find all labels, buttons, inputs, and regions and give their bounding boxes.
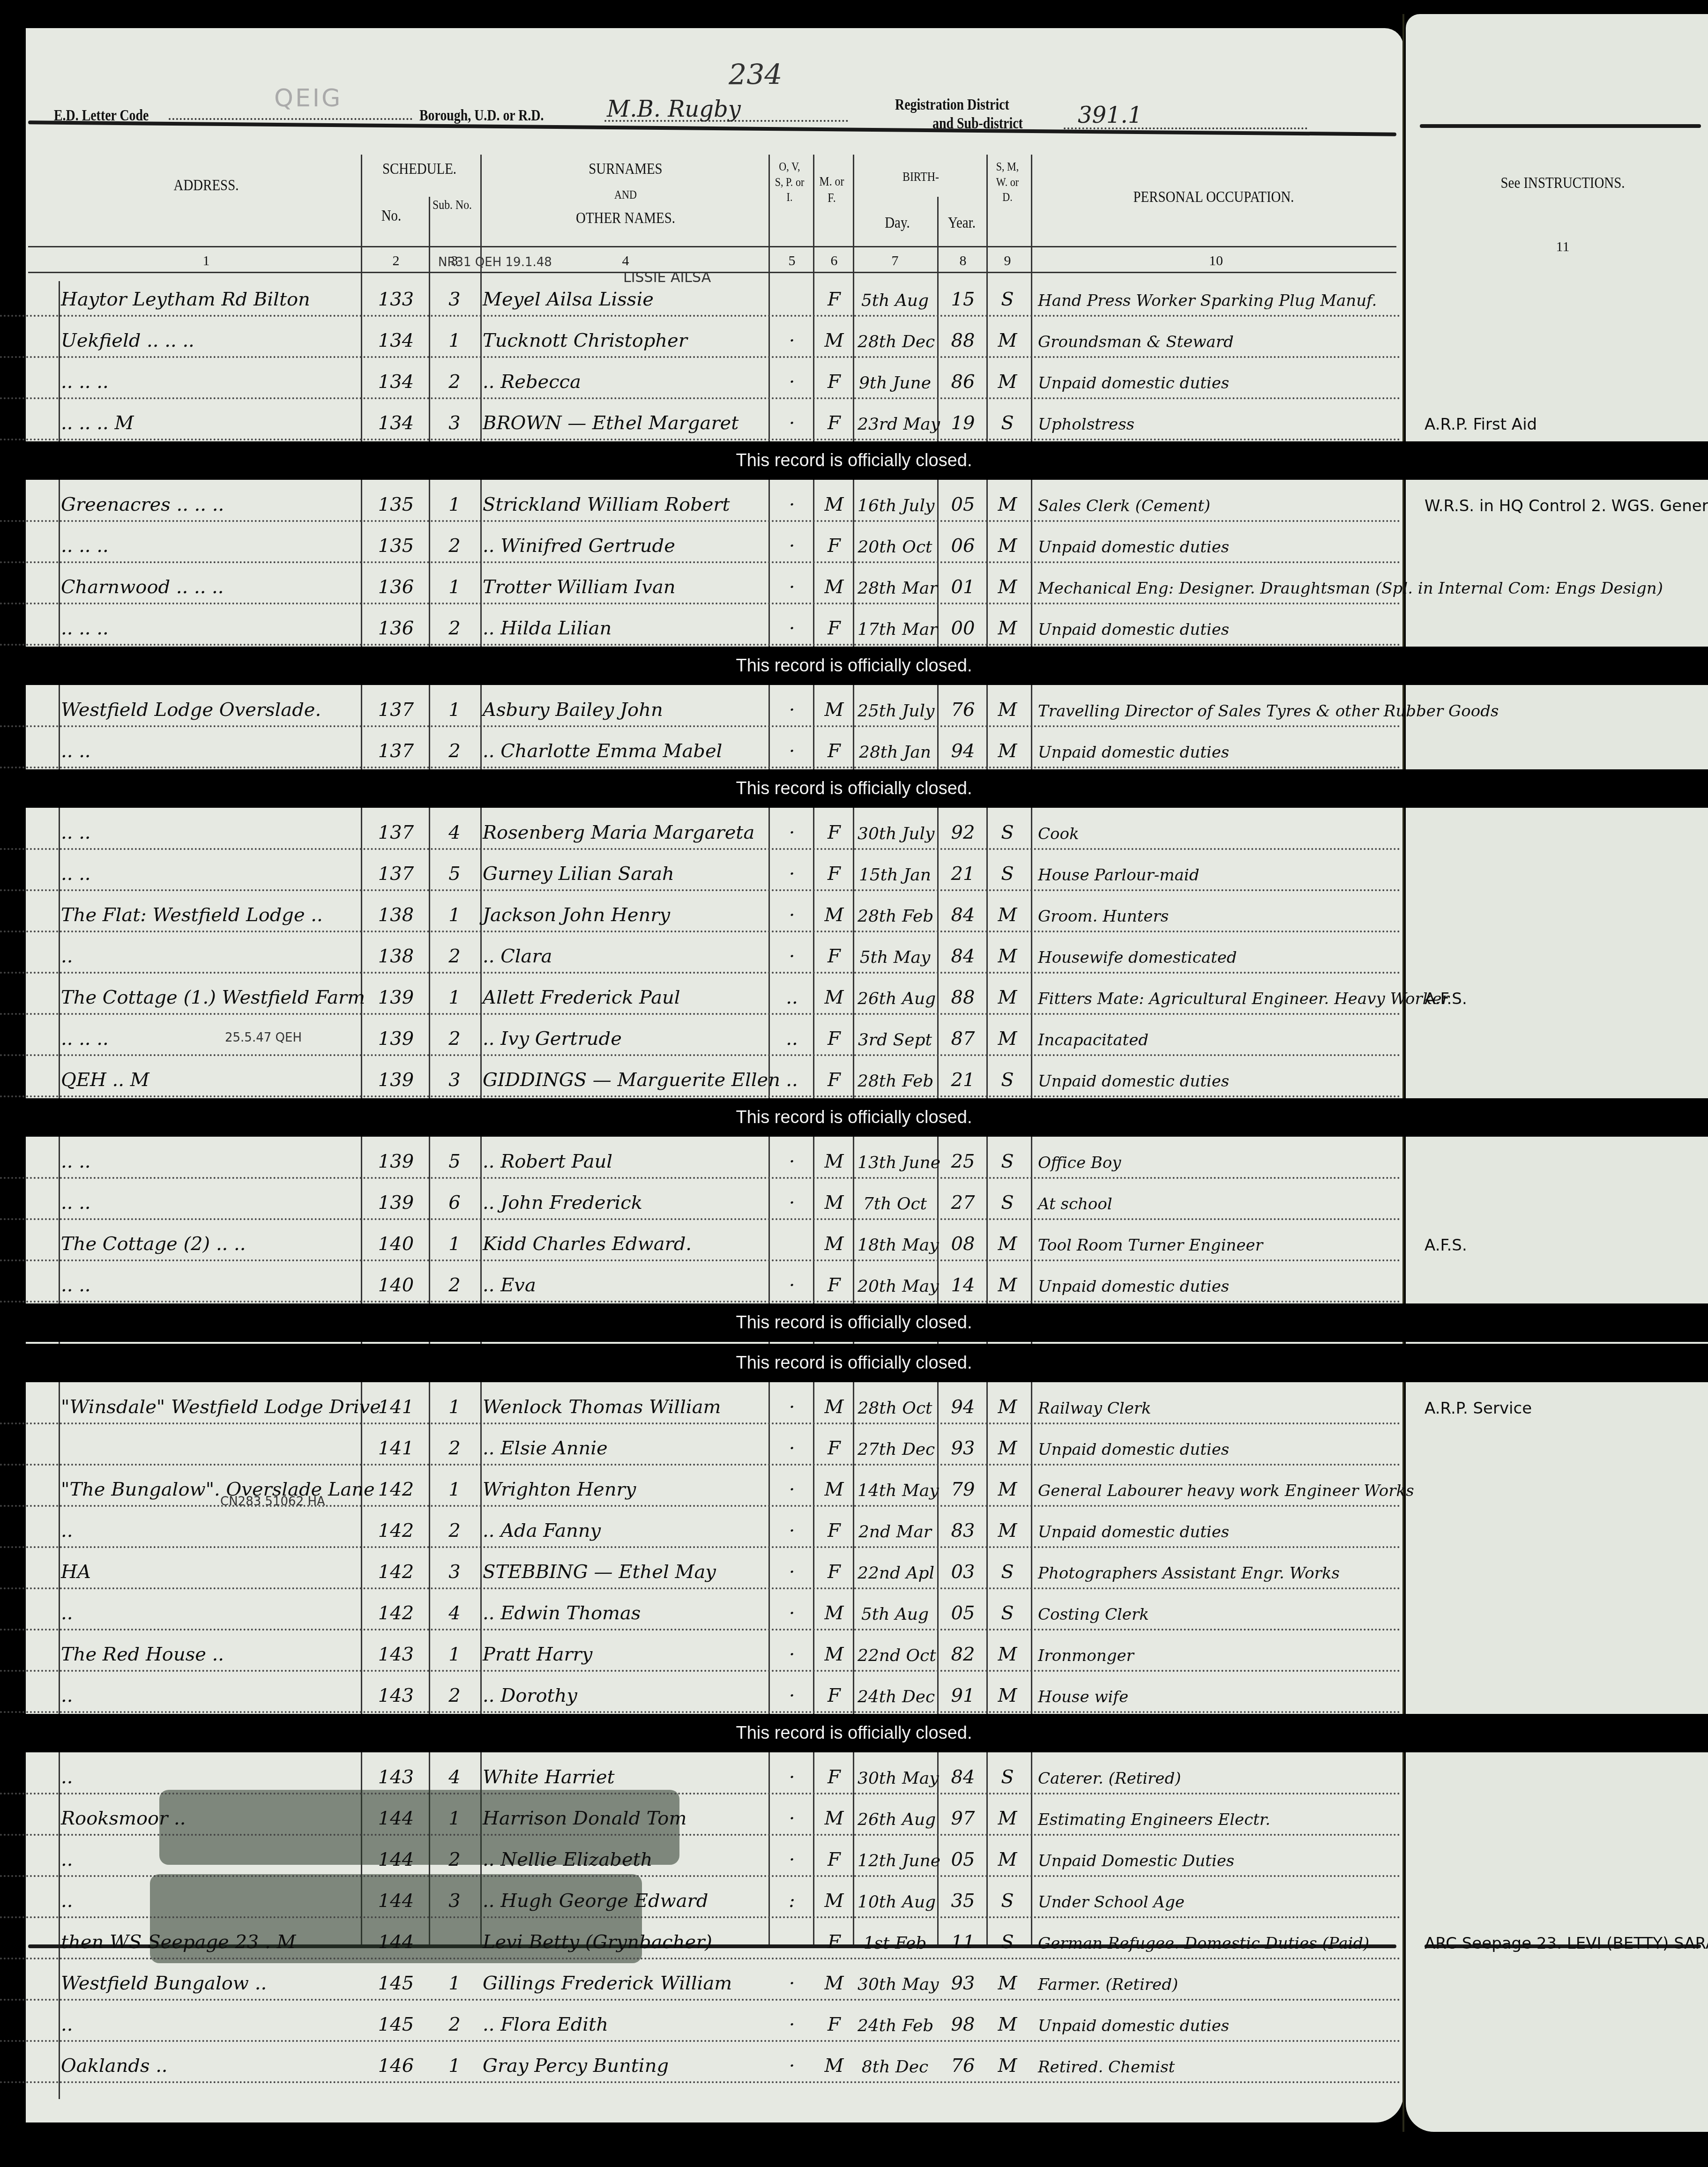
col-num-10: 10 bbox=[1038, 253, 1394, 269]
cell-occupation: Office Boy bbox=[1038, 1154, 1394, 1172]
census-row: .. ..1375Gurney Lilian Sarah·F15th Jan21… bbox=[0, 851, 1401, 891]
cell-ovspi: .. bbox=[773, 987, 811, 1008]
cell-sub: 3 bbox=[436, 1069, 473, 1091]
cell-day: 28th Oct bbox=[858, 1399, 932, 1418]
cell-year: 83 bbox=[942, 1520, 984, 1541]
cell-year: 25 bbox=[942, 1151, 984, 1172]
cell-schedule: 139 bbox=[370, 1028, 422, 1050]
cell-name: Levi Betty (Grynbacher) bbox=[483, 1931, 768, 1953]
cell-day: 16th July bbox=[858, 496, 932, 515]
col-num-2: 2 bbox=[370, 253, 422, 269]
cell-schedule: 141 bbox=[370, 1437, 422, 1459]
cell-occupation: Mechanical Eng: Designer. Draughtsman (S… bbox=[1038, 579, 1394, 598]
cell-schedule: 142 bbox=[370, 1561, 422, 1583]
cell-marital: S bbox=[991, 289, 1024, 310]
cell-occupation: Photographers Assistant Engr. Works bbox=[1038, 1564, 1394, 1583]
census-row: "Winsdale" Westfield Lodge Drive1411Wenl… bbox=[0, 1384, 1401, 1424]
cell-ovspi: · bbox=[773, 1192, 811, 1214]
cell-sub: 2 bbox=[436, 2014, 473, 2035]
cell-ovspi: · bbox=[773, 1479, 811, 1500]
census-row: .. .. ..1392.. Ivy Gertrude..F3rd Sept87… bbox=[0, 1016, 1401, 1056]
cell-sub: 1 bbox=[436, 699, 473, 721]
cell-day: 30th May bbox=[858, 1769, 932, 1788]
cell-day: 18th May bbox=[858, 1236, 932, 1255]
cell-sex: F bbox=[818, 1766, 850, 1788]
cell-name: Harrison Donald Tom bbox=[483, 1808, 768, 1829]
cell-marital: S bbox=[991, 1931, 1024, 1953]
cell-name: STEBBING — Ethel May bbox=[483, 1561, 768, 1583]
census-row: Charnwood .. .. ..1361Trotter William Iv… bbox=[0, 564, 1401, 604]
cell-day: 28th Dec bbox=[858, 332, 932, 351]
cell-sex: F bbox=[818, 740, 850, 762]
census-row: .. ..1396.. John Frederick·M7th Oct27SAt… bbox=[0, 1180, 1401, 1220]
cell-marital: M bbox=[991, 371, 1024, 393]
cell-name: .. John Frederick bbox=[483, 1192, 768, 1214]
cell-sub: 6 bbox=[436, 1192, 473, 1214]
census-row: .. .. ..1352.. Winifred Gertrude·F20th O… bbox=[0, 523, 1401, 563]
cell-name: Gillings Frederick William bbox=[483, 1973, 768, 1994]
col-birth-year: Year. bbox=[943, 213, 981, 233]
cell-schedule: 142 bbox=[370, 1520, 422, 1541]
cell-sub: 1 bbox=[436, 1233, 473, 1255]
cell-schedule: 140 bbox=[370, 1274, 422, 1296]
cell-name: .. Eva bbox=[483, 1274, 768, 1296]
cell-schedule: 139 bbox=[370, 1069, 422, 1091]
cell-sub: 4 bbox=[436, 822, 473, 843]
cell-name: BROWN — Ethel Margaret bbox=[483, 412, 768, 434]
cell-marital: S bbox=[991, 1890, 1024, 1912]
cell-address: The Flat: Westfield Lodge .. bbox=[61, 904, 351, 926]
cell-occupation: House Parlour-maid bbox=[1038, 866, 1394, 885]
book-gutter bbox=[1402, 14, 1404, 2132]
cell-ovspi: · bbox=[773, 822, 811, 843]
closed-record-bar: This record is officially closed. bbox=[0, 441, 1708, 480]
census-row: The Cottage (1.) Westfield Farm1391Allet… bbox=[0, 975, 1401, 1015]
cell-name: Wrighton Henry bbox=[483, 1479, 768, 1500]
cell-occupation: Unpaid domestic duties bbox=[1038, 1440, 1394, 1459]
cell-year: 11 bbox=[942, 1931, 984, 1953]
cell-schedule: 144 bbox=[370, 1931, 422, 1953]
cell-year: 27 bbox=[942, 1192, 984, 1214]
col-names-1: SURNAMES bbox=[504, 159, 747, 179]
header-mid-rule bbox=[28, 246, 1396, 247]
census-row: .. .. .. M1343BROWN — Ethel Margaret·F23… bbox=[0, 400, 1401, 440]
cell-sub: 4 bbox=[436, 1602, 473, 1624]
census-row: Oaklands ..1461Gray Percy Bunting·M8th D… bbox=[0, 2043, 1401, 2083]
borough-label: Borough, U.D. or R.D. bbox=[419, 107, 544, 125]
census-row: ..1452.. Flora Edith·F24th Feb98MUnpaid … bbox=[0, 2002, 1401, 2042]
cell-sex: M bbox=[818, 1890, 850, 1912]
cell-schedule: 134 bbox=[370, 371, 422, 393]
cell-year: 84 bbox=[942, 1766, 984, 1788]
cell-sub: 1 bbox=[436, 1396, 473, 1418]
cell-name: .. Robert Paul bbox=[483, 1151, 768, 1172]
cell-sub: 3 bbox=[436, 412, 473, 434]
cell-occupation: Unpaid domestic duties bbox=[1038, 538, 1394, 557]
cell-year: 86 bbox=[942, 371, 984, 393]
cell-ovspi: · bbox=[773, 946, 811, 967]
cell-day: 24th Feb bbox=[858, 2016, 932, 2035]
cell-marital: S bbox=[991, 822, 1024, 843]
cell-sex: F bbox=[818, 1028, 850, 1050]
cell-address: .. .. bbox=[61, 822, 351, 843]
cell-occupation: Unpaid Domestic Duties bbox=[1038, 1852, 1394, 1870]
cell-sex: F bbox=[818, 371, 850, 393]
cell-name: .. Rebecca bbox=[483, 371, 768, 393]
cell-marital: M bbox=[991, 2014, 1024, 2035]
cell-occupation: Railway Clerk bbox=[1038, 1399, 1394, 1418]
cell-year: 87 bbox=[942, 1028, 984, 1050]
cell-year: 08 bbox=[942, 1233, 984, 1255]
cell-sub: 1 bbox=[436, 1808, 473, 1829]
cell-occupation: Groundsman & Steward bbox=[1038, 333, 1394, 351]
cell-name: .. Nellie Elizabeth bbox=[483, 1849, 768, 1870]
cell-day: 8th Dec bbox=[858, 2057, 932, 2077]
cell-day: 3rd Sept bbox=[858, 1030, 932, 1050]
cell-ovspi: .. bbox=[773, 1069, 811, 1091]
cell-sex: F bbox=[818, 946, 850, 967]
cell-ovspi: · bbox=[773, 535, 811, 557]
cell-year: 01 bbox=[942, 576, 984, 598]
cell-schedule: 144 bbox=[370, 1849, 422, 1870]
cell-schedule: 137 bbox=[370, 822, 422, 843]
cell-occupation: German Refugee. Domestic Duties (Paid) bbox=[1038, 1934, 1394, 1953]
cell-sex: M bbox=[818, 987, 850, 1008]
cell-sex: M bbox=[818, 1479, 850, 1500]
cell-address: .. bbox=[61, 1849, 351, 1870]
cell-year: 76 bbox=[942, 2055, 984, 2077]
cell-day: 2nd Mar bbox=[858, 1522, 932, 1541]
census-row: ..1443.. Hugh George Edward:M10th Aug35S… bbox=[0, 1878, 1401, 1918]
cell-ovspi: · bbox=[773, 1973, 811, 1994]
cell-schedule: 136 bbox=[370, 576, 422, 598]
cell-address: then WS Seepage 23 . M bbox=[61, 1931, 351, 1953]
census-row: "The Bungalow". Overslade Lane1421Wright… bbox=[0, 1467, 1401, 1507]
cell-ovspi: · bbox=[773, 576, 811, 598]
cell-day: 7th Oct bbox=[858, 1194, 932, 1214]
cell-occupation: Incapacitated bbox=[1038, 1031, 1394, 1050]
closed-record-bar: This record is officially closed. bbox=[0, 1344, 1708, 1382]
cell-schedule: 139 bbox=[370, 1192, 422, 1214]
cell-marital: M bbox=[991, 2055, 1024, 2077]
cell-day: 27th Dec bbox=[858, 1440, 932, 1459]
cell-occupation: Unpaid domestic duties bbox=[1038, 620, 1394, 639]
cell-occupation: Unpaid domestic duties bbox=[1038, 1523, 1394, 1541]
borough-value: M.B. Rugby bbox=[607, 96, 741, 122]
cell-sub: 3 bbox=[436, 1561, 473, 1583]
cell-address: .. .. .. bbox=[61, 1028, 351, 1050]
cell-ovspi: .. bbox=[773, 1028, 811, 1050]
cell-note: A.F.S. bbox=[1425, 990, 1701, 1008]
cell-sub: 2 bbox=[436, 1028, 473, 1050]
cell-year: 79 bbox=[942, 1479, 984, 1500]
col-address: ADDRESS. bbox=[83, 176, 330, 196]
cell-name: .. Flora Edith bbox=[483, 2014, 768, 2035]
cell-ovspi: · bbox=[773, 330, 811, 351]
cell-day: 12th June bbox=[858, 1851, 932, 1870]
cell-occupation: Unpaid domestic duties bbox=[1038, 374, 1394, 393]
cell-year: 21 bbox=[942, 863, 984, 885]
cell-address: .. bbox=[61, 1890, 351, 1912]
cell-year: 88 bbox=[942, 987, 984, 1008]
col-occupation: PERSONAL OCCUPATION. bbox=[1067, 187, 1361, 208]
cell-name: Pratt Harry bbox=[483, 1644, 768, 1665]
cell-day: 9th June bbox=[858, 373, 932, 393]
cell-schedule: 143 bbox=[370, 1685, 422, 1706]
cell-address: .. bbox=[61, 946, 351, 967]
cell-schedule: 134 bbox=[370, 412, 422, 434]
cell-sex: F bbox=[818, 412, 850, 434]
cell-address: .. bbox=[61, 1602, 351, 1624]
cell-day: 22nd Oct bbox=[858, 1646, 932, 1665]
cell-name: Trotter William Ivan bbox=[483, 576, 768, 598]
cell-year: 05 bbox=[942, 494, 984, 515]
cell-name: .. Dorothy bbox=[483, 1685, 768, 1706]
cell-sex: F bbox=[818, 1849, 850, 1870]
cell-sub: 4 bbox=[436, 1766, 473, 1788]
cell-address: .. .. bbox=[61, 863, 351, 885]
cell-ovspi: · bbox=[773, 1151, 811, 1172]
cell-day: 26th Aug bbox=[858, 989, 932, 1008]
cell-address: .. .. .. bbox=[61, 535, 351, 557]
cell-note: A.F.S. bbox=[1425, 1236, 1701, 1255]
cell-name: .. Ada Fanny bbox=[483, 1520, 768, 1541]
cell-sex: M bbox=[818, 576, 850, 598]
cell-ovspi: · bbox=[773, 1396, 811, 1418]
closed-record-bar: This record is officially closed. bbox=[0, 647, 1708, 685]
cell-schedule: 143 bbox=[370, 1766, 422, 1788]
header-overwrite-annotation: NR31 QEH 19.1.48 bbox=[438, 255, 552, 269]
census-row: ..1432.. Dorothy·F24th Dec91MHouse wife bbox=[0, 1673, 1401, 1713]
cell-day: 28th Feb bbox=[858, 1072, 932, 1091]
cell-day: 24th Dec bbox=[858, 1687, 932, 1706]
cell-year: 14 bbox=[942, 1274, 984, 1296]
cell-ovspi: · bbox=[773, 1849, 811, 1870]
cell-schedule: 142 bbox=[370, 1602, 422, 1624]
cell-name: Jackson John Henry bbox=[483, 904, 768, 926]
cell-day: 28th Mar bbox=[858, 579, 932, 598]
cell-schedule: 139 bbox=[370, 1151, 422, 1172]
cell-name: .. Charlotte Emma Mabel bbox=[483, 740, 768, 762]
cell-year: 76 bbox=[942, 699, 984, 721]
cell-address: .. .. bbox=[61, 1274, 351, 1296]
cell-marital: M bbox=[991, 699, 1024, 721]
col-marital: S, M, W. or D. bbox=[992, 159, 1023, 205]
cell-ovspi: · bbox=[773, 904, 811, 926]
cell-year: 94 bbox=[942, 1396, 984, 1418]
cell-marital: M bbox=[991, 1849, 1024, 1870]
cell-day: 13th June bbox=[858, 1153, 932, 1172]
cell-name: White Harriet bbox=[483, 1766, 768, 1788]
cell-occupation: Fitters Mate: Agricultural Engineer. Hea… bbox=[1038, 990, 1394, 1008]
cell-schedule: 140 bbox=[370, 1233, 422, 1255]
cell-sex: M bbox=[818, 904, 850, 926]
cell-sub: 1 bbox=[436, 494, 473, 515]
cell-name: Allett Frederick Paul bbox=[483, 987, 768, 1008]
cell-sex: F bbox=[818, 1274, 850, 1296]
cell-day: 30th July bbox=[858, 824, 932, 843]
cell-sub: 2 bbox=[436, 946, 473, 967]
cell-day: 28th Feb bbox=[858, 907, 932, 926]
cell-year: 00 bbox=[942, 618, 984, 639]
cell-ovspi: · bbox=[773, 1644, 811, 1665]
cell-sex: M bbox=[818, 2055, 850, 2077]
cell-name: Strickland William Robert bbox=[483, 494, 768, 515]
cell-address: .. .. .. bbox=[61, 618, 351, 639]
census-row: .. .. ..1362.. Hilda Lilian·F17th Mar00M… bbox=[0, 605, 1401, 646]
cell-day: 26th Aug bbox=[858, 1810, 932, 1829]
cell-sex: F bbox=[818, 535, 850, 557]
cell-marital: M bbox=[991, 576, 1024, 598]
cell-schedule: 142 bbox=[370, 1479, 422, 1500]
row-142-3-annotation: CN283 51062 HA bbox=[220, 1495, 325, 1509]
cell-year: 94 bbox=[942, 740, 984, 762]
cell-occupation: Travelling Director of Sales Tyres & oth… bbox=[1038, 702, 1394, 721]
col-num-8: 8 bbox=[942, 253, 984, 269]
cell-name: .. Ivy Gertrude bbox=[483, 1028, 768, 1050]
cell-schedule: 133 bbox=[370, 289, 422, 310]
cell-occupation: Under School Age bbox=[1038, 1893, 1394, 1912]
cell-marital: M bbox=[991, 1028, 1024, 1050]
census-row: Westfield Bungalow ..1451Gillings Freder… bbox=[0, 1960, 1401, 2001]
registration-value: 391.1 bbox=[1078, 102, 1142, 128]
cell-marital: M bbox=[991, 618, 1024, 639]
cell-sex: F bbox=[818, 1437, 850, 1459]
cell-ovspi: · bbox=[773, 863, 811, 885]
cell-day: 14th May bbox=[858, 1481, 932, 1500]
cell-marital: M bbox=[991, 1644, 1024, 1665]
cell-note: ARC Seepage 23. LEVI (BETTY) SARA bbox=[1425, 1934, 1701, 1953]
cell-address: Rooksmoor .. bbox=[61, 1808, 351, 1829]
cell-sub: 2 bbox=[436, 535, 473, 557]
cell-address: Oaklands .. bbox=[61, 2055, 351, 2077]
cell-schedule: 137 bbox=[370, 863, 422, 885]
cell-ovspi: · bbox=[773, 1561, 811, 1583]
page-number: 234 bbox=[729, 59, 783, 91]
cell-occupation: Caterer. (Retired) bbox=[1038, 1769, 1394, 1788]
cell-day: 17th Mar bbox=[858, 620, 932, 639]
cell-marital: S bbox=[991, 1151, 1024, 1172]
cell-sub: 2 bbox=[436, 618, 473, 639]
cell-note: A.R.P. First Aid bbox=[1425, 415, 1701, 434]
cell-year: 93 bbox=[942, 1437, 984, 1459]
cell-sex: F bbox=[818, 1685, 850, 1706]
cell-name: GIDDINGS — Marguerite Ellen bbox=[483, 1069, 768, 1091]
col-num-5: 5 bbox=[773, 253, 811, 269]
cell-marital: M bbox=[991, 330, 1024, 351]
cell-sub: 1 bbox=[436, 576, 473, 598]
cell-year: 15 bbox=[942, 289, 984, 310]
cell-sub: 1 bbox=[436, 1479, 473, 1500]
census-row: The Cottage (2) .. ..1401Kidd Charles Ed… bbox=[0, 1221, 1401, 1261]
cell-schedule: 144 bbox=[370, 1890, 422, 1912]
cell-schedule: 137 bbox=[370, 699, 422, 721]
cell-year: 05 bbox=[942, 1849, 984, 1870]
cell-name: .. Clara bbox=[483, 946, 768, 967]
census-row: Westfield Lodge Overslade.1371Asbury Bai… bbox=[0, 687, 1401, 727]
cell-sex: F bbox=[818, 289, 850, 310]
cell-name: .. Edwin Thomas bbox=[483, 1602, 768, 1624]
registration-label-1: Registration District bbox=[895, 96, 1009, 114]
cell-schedule: 144 bbox=[370, 1808, 422, 1829]
cell-address: Westfield Lodge Overslade. bbox=[61, 699, 351, 721]
cell-address: Uekfield .. .. .. bbox=[61, 330, 351, 351]
cell-occupation: At school bbox=[1038, 1195, 1394, 1214]
cell-sub: 1 bbox=[436, 330, 473, 351]
cell-marital: M bbox=[991, 1396, 1024, 1418]
cell-ovspi: · bbox=[773, 494, 811, 515]
cell-sex: F bbox=[818, 1069, 850, 1091]
cell-sex: F bbox=[818, 863, 850, 885]
cell-occupation: General Labourer heavy work Engineer Wor… bbox=[1038, 1482, 1394, 1500]
cell-sub: 2 bbox=[436, 740, 473, 762]
cell-day: 25th July bbox=[858, 701, 932, 721]
cell-occupation: Unpaid domestic duties bbox=[1038, 2017, 1394, 2035]
census-row: The Flat: Westfield Lodge ..1381Jackson … bbox=[0, 892, 1401, 932]
cell-address: .. .. bbox=[61, 1151, 351, 1172]
header-bottom-rule bbox=[28, 272, 1396, 273]
cell-year: 03 bbox=[942, 1561, 984, 1583]
cell-address: QEH .. M bbox=[61, 1069, 351, 1091]
cell-day: 5th May bbox=[858, 948, 932, 967]
cell-address: Charnwood .. .. .. bbox=[61, 576, 351, 598]
col-schedule-no: No. bbox=[365, 206, 418, 226]
cell-address: The Cottage (2) .. .. bbox=[61, 1233, 351, 1255]
cell-marital: M bbox=[991, 904, 1024, 926]
cell-sub: 3 bbox=[436, 289, 473, 310]
cell-schedule: 145 bbox=[370, 2014, 422, 2035]
cell-marital: S bbox=[991, 1561, 1024, 1583]
cell-sex: M bbox=[818, 494, 850, 515]
cell-marital: M bbox=[991, 1973, 1024, 1994]
census-row: .. ..1374Rosenberg Maria Margareta·F30th… bbox=[0, 810, 1401, 850]
cell-sex: M bbox=[818, 1973, 850, 1994]
cell-ovspi: · bbox=[773, 412, 811, 434]
cell-year: 84 bbox=[942, 946, 984, 967]
cell-sex: M bbox=[818, 699, 850, 721]
cell-address: HA bbox=[61, 1561, 351, 1583]
census-row: ..1424.. Edwin Thomas·M5th Aug05SCosting… bbox=[0, 1590, 1401, 1631]
cell-occupation: Ironmonger bbox=[1038, 1646, 1394, 1665]
closed-record-bar: This record is officially closed. bbox=[0, 769, 1708, 808]
census-row: ..1442.. Nellie Elizabeth·F12th June05MU… bbox=[0, 1837, 1401, 1877]
cell-ovspi: · bbox=[773, 618, 811, 639]
cell-ovspi: · bbox=[773, 2055, 811, 2077]
cell-name: Asbury Bailey John bbox=[483, 699, 768, 721]
cell-marital: M bbox=[991, 1479, 1024, 1500]
cell-year: 84 bbox=[942, 904, 984, 926]
cell-sex: F bbox=[818, 822, 850, 843]
cell-sex: F bbox=[818, 1561, 850, 1583]
census-row: ..1434White Harriet·F30th May84SCaterer.… bbox=[0, 1754, 1401, 1795]
col-birth: BIRTH- bbox=[869, 169, 973, 185]
cell-ovspi: · bbox=[773, 1274, 811, 1296]
cell-schedule: 138 bbox=[370, 904, 422, 926]
col-schedule: SCHEDULE. bbox=[370, 159, 470, 179]
cell-sex: F bbox=[818, 2014, 850, 2035]
census-row: Rooksmoor ..1441Harrison Donald Tom·M26t… bbox=[0, 1795, 1401, 1836]
cell-note: A.R.P. Service bbox=[1425, 1399, 1701, 1418]
cell-address: .. bbox=[61, 1766, 351, 1788]
cell-marital: M bbox=[991, 1233, 1024, 1255]
cell-day: 5th Aug bbox=[858, 291, 932, 310]
cell-schedule: 135 bbox=[370, 535, 422, 557]
col-schedule-sub: Sub. No. bbox=[433, 197, 472, 213]
cell-address: Haytor Leytham Rd Bilton bbox=[61, 289, 351, 310]
cell-occupation: Sales Clerk (Cement) bbox=[1038, 497, 1394, 515]
census-row: Greenacres .. .. ..1351Strickland Willia… bbox=[0, 482, 1401, 522]
cell-occupation: House wife bbox=[1038, 1688, 1394, 1706]
